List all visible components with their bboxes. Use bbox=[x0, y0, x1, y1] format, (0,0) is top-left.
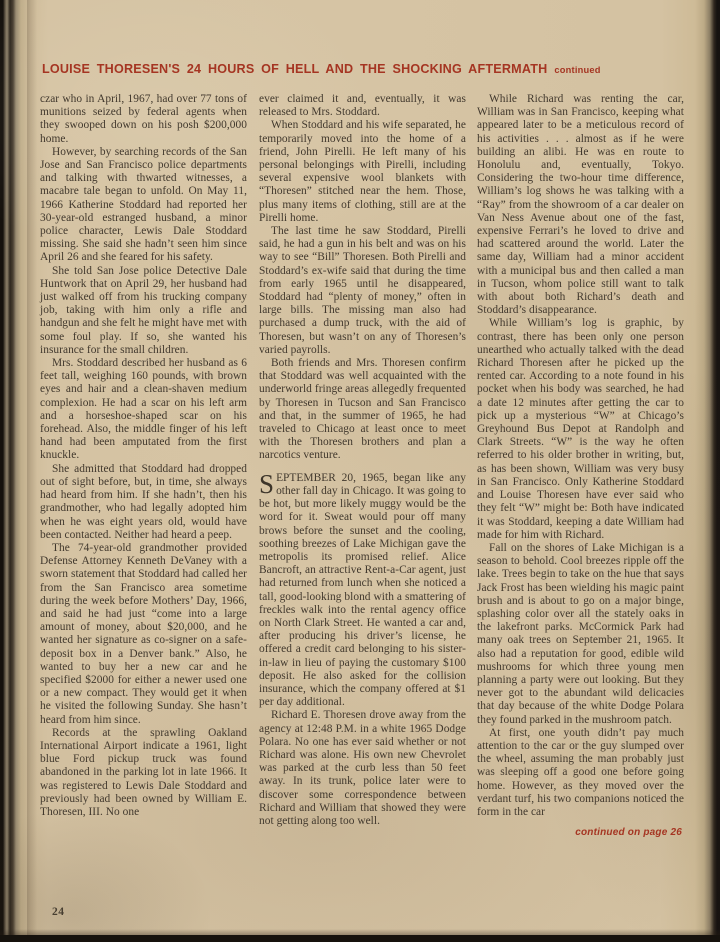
paragraph: czar who in April, 1967, had over 77 ton… bbox=[40, 93, 247, 146]
paragraph: Mrs. Stoddard described her husband as 6… bbox=[40, 357, 247, 463]
spine-crease bbox=[27, 0, 39, 942]
bottom-scan-edge bbox=[0, 935, 720, 942]
continued-tag: continued bbox=[554, 65, 600, 75]
article-title: LOUISE THORESEN'S 24 HOURS OF HELL AND T… bbox=[42, 62, 547, 76]
paragraph: While Richard was renting the car, Willi… bbox=[477, 93, 684, 317]
paragraph: However, by searching records of the San… bbox=[40, 146, 247, 265]
text-column: ever claimed it and, eventually, it was … bbox=[259, 93, 466, 828]
paragraph: At first, one youth didn’t pay much atte… bbox=[477, 727, 684, 819]
paragraph: She told San Jose police Detective Dale … bbox=[40, 265, 247, 357]
running-head: LOUISE THORESEN'S 24 HOURS OF HELL AND T… bbox=[42, 62, 692, 76]
text-column: While Richard was renting the car, Willi… bbox=[477, 93, 684, 839]
paragraph: ever claimed it and, eventually, it was … bbox=[259, 93, 466, 119]
paragraph: Records at the sprawling Oakland Interna… bbox=[40, 727, 247, 819]
paragraph: Both friends and Mrs. Thoresen confirm t… bbox=[259, 357, 466, 463]
paragraph: Richard E. Thoresen drove away from the … bbox=[259, 709, 466, 828]
paragraph: While William’s log is graphic, by contr… bbox=[477, 317, 684, 541]
paragraph: SEPTEMBER 20, 1965, began like any other… bbox=[259, 472, 466, 710]
paragraph: Fall on the shores of Lake Michigan is a… bbox=[477, 542, 684, 727]
paragraph: The 74-year-old grandmother provided Def… bbox=[40, 542, 247, 727]
text-column: czar who in April, 1967, had over 77 ton… bbox=[40, 93, 247, 819]
continued-on-page-note: continued on page 26 bbox=[477, 826, 684, 839]
magazine-page: LOUISE THORESEN'S 24 HOURS OF HELL AND T… bbox=[0, 0, 720, 942]
drop-cap: S bbox=[259, 473, 276, 495]
paragraph: When Stoddard and his wife separated, he… bbox=[259, 119, 466, 225]
paragraph: The last time he saw Stoddard, Pirelli s… bbox=[259, 225, 466, 357]
paragraph: She admitted that Stoddard had dropped o… bbox=[40, 463, 247, 542]
page-number: 24 bbox=[52, 906, 65, 918]
